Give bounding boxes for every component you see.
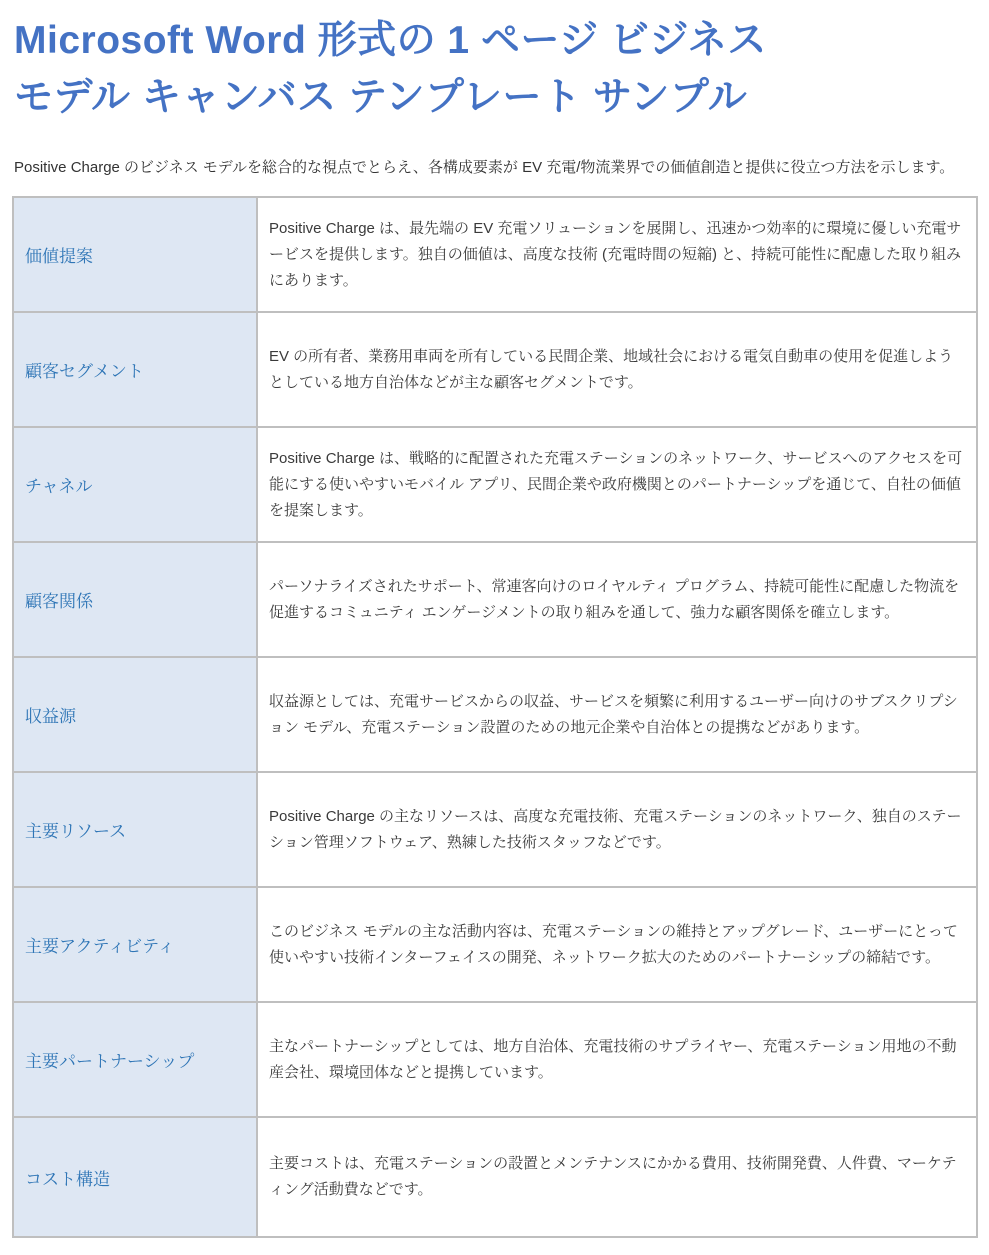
row-label: コスト構造 xyxy=(13,1117,257,1237)
business-model-canvas-table: 価値提案 Positive Charge は、最先端の EV 充電ソリューション… xyxy=(12,196,978,1238)
row-label: 顧客関係 xyxy=(13,542,257,657)
row-description: Positive Charge は、戦略的に配置された充電ステーションのネットワ… xyxy=(257,427,977,542)
row-description: 主なパートナーシップとしては、地方自治体、充電技術のサプライヤー、充電ステーショ… xyxy=(257,1002,977,1117)
row-description: Positive Charge の主なリソースは、高度な充電技術、充電ステーショ… xyxy=(257,772,977,887)
row-label: 顧客セグメント xyxy=(13,312,257,427)
table-row-channels: チャネル Positive Charge は、戦略的に配置された充電ステーション… xyxy=(13,427,977,542)
table-row-customer-segments: 顧客セグメント EV の所有者、業務用車両を所有している民間企業、地域社会におけ… xyxy=(13,312,977,427)
table-row-key-activities: 主要アクティビティ このビジネス モデルの主な活動内容は、充電ステーションの維持… xyxy=(13,887,977,1002)
table-row-value-proposition: 価値提案 Positive Charge は、最先端の EV 充電ソリューション… xyxy=(13,197,977,312)
row-description: 収益源としては、充電サービスからの収益、サービスを頻繁に利用するユーザー向けのサ… xyxy=(257,657,977,772)
row-description: Positive Charge は、最先端の EV 充電ソリューションを展開し、… xyxy=(257,197,977,312)
row-label: 収益源 xyxy=(13,657,257,772)
row-label: 主要パートナーシップ xyxy=(13,1002,257,1117)
row-label: 主要リソース xyxy=(13,772,257,887)
table-row-customer-relationships: 顧客関係 パーソナライズされたサポート、常連客向けのロイヤルティ プログラム、持… xyxy=(13,542,977,657)
row-description: 主要コストは、充電ステーションの設置とメンテナンスにかかる費用、技術開発費、人件… xyxy=(257,1117,977,1237)
row-label: 主要アクティビティ xyxy=(13,887,257,1002)
page-title: Microsoft Word 形式の 1 ページ ビジネス モデル キャンバス … xyxy=(14,12,977,126)
row-description: EV の所有者、業務用車両を所有している民間企業、地域社会における電気自動車の使… xyxy=(257,312,977,427)
row-label: 価値提案 xyxy=(13,197,257,312)
page-title-line-2: モデル キャンバス テンプレート サンプル xyxy=(14,69,977,126)
row-description: パーソナライズされたサポート、常連客向けのロイヤルティ プログラム、持続可能性に… xyxy=(257,542,977,657)
row-description: このビジネス モデルの主な活動内容は、充電ステーションの維持とアップグレード、ユ… xyxy=(257,887,977,1002)
document-page: Microsoft Word 形式の 1 ページ ビジネス モデル キャンバス … xyxy=(0,0,989,1255)
row-label: チャネル xyxy=(13,427,257,542)
page-title-line-1: Microsoft Word 形式の 1 ページ ビジネス xyxy=(14,12,977,69)
intro-paragraph: Positive Charge のビジネス モデルを総合的な視点でとらえ、各構成… xyxy=(14,156,975,180)
table-row-key-resources: 主要リソース Positive Charge の主なリソースは、高度な充電技術、… xyxy=(13,772,977,887)
table-row-cost-structure: コスト構造 主要コストは、充電ステーションの設置とメンテナンスにかかる費用、技術… xyxy=(13,1117,977,1237)
table-row-key-partnerships: 主要パートナーシップ 主なパートナーシップとしては、地方自治体、充電技術のサプラ… xyxy=(13,1002,977,1117)
table-row-revenue-streams: 収益源 収益源としては、充電サービスからの収益、サービスを頻繁に利用するユーザー… xyxy=(13,657,977,772)
